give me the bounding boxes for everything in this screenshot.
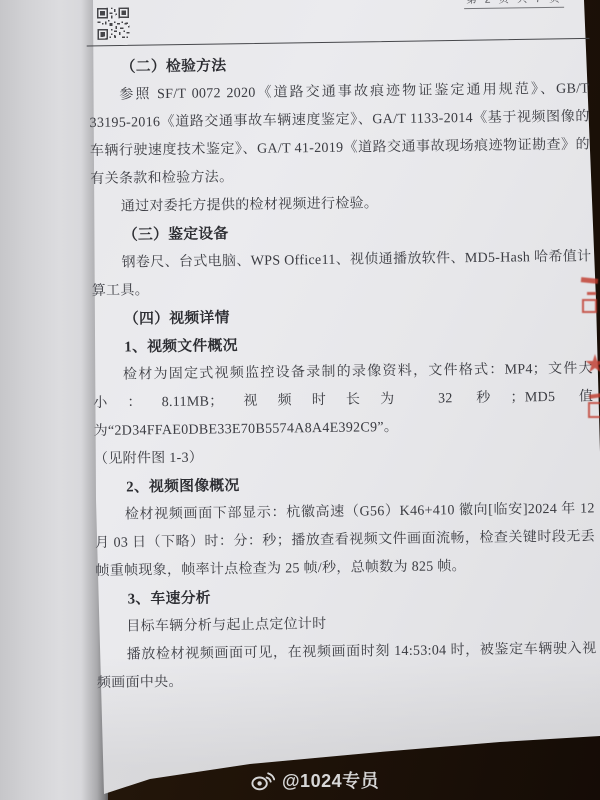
seal-mark (581, 277, 598, 284)
weibo-icon (251, 770, 275, 791)
page-content: 第 2 页 共 7 页 （二）检验方法 参照 SF/T 0072 2020《道路… (88, 0, 598, 780)
document-body: （二）检验方法 参照 SF/T 0072 2020《道路交通事故痕迹物证鉴定通用… (89, 47, 597, 697)
star-icon (585, 354, 600, 374)
red-seal-fragment (566, 272, 600, 432)
seal-mark (587, 292, 596, 295)
qr-code-icon (96, 7, 130, 39)
seal-mark (582, 299, 597, 313)
paragraph-video-file-info: 检材为固定式视频监控设备录制的录像资料，文件格式：MP4；文件大小：8.11MB… (93, 355, 594, 446)
paragraph-video-image-info: 检材视频画面下部显示：杭徽高速（G56）K46+410 徽向[临安]2024 年… (95, 495, 596, 586)
paragraph-playback-observation: 播放检材视频画面可见，在视频画面时刻 14:53:04 时，被鉴定车辆驶入视频画… (96, 635, 597, 698)
watermark: @1024专员 (251, 767, 379, 793)
header-rule (87, 38, 590, 47)
page-number: 第 2 页 共 7 页 (464, 0, 564, 9)
seal-mark (589, 393, 600, 399)
watermark-handle: @1024专员 (282, 767, 379, 793)
paragraph-equipment-list: 钢卷尺、台式电脑、WPS Office11、视侦通播放软件、MD5-Hash 哈… (91, 243, 592, 306)
seal-mark (588, 402, 600, 418)
paragraph-reference-standards: 参照 SF/T 0072 2020《道路交通事故痕迹物证鉴定通用规范》、GB/T… (89, 75, 590, 194)
photographed-document: 第 2 页 共 7 页 （二）检验方法 参照 SF/T 0072 2020《道路… (0, 0, 600, 800)
